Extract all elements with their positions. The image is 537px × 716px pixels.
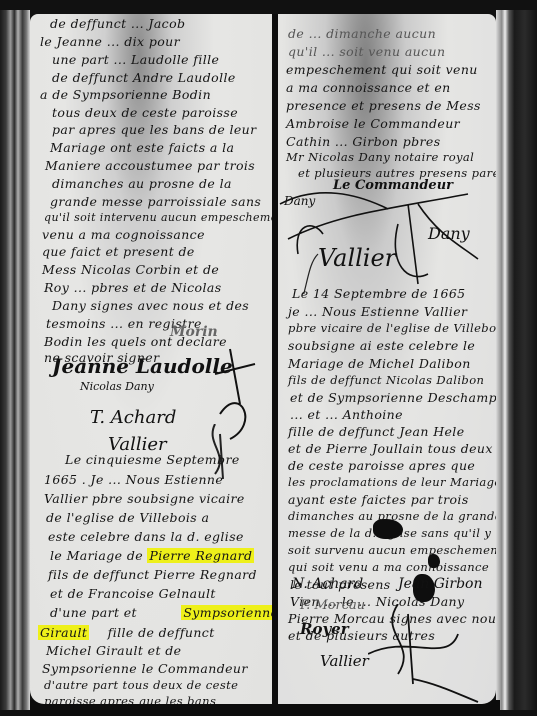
left-page: de deffunct ... Jacob le Jeanne ... dix … — [30, 14, 272, 704]
signature: Morin — [170, 324, 218, 340]
text-line: les proclamations de leur Mariage — [288, 475, 496, 489]
text-line: dimanches au prosne de la — [52, 176, 232, 191]
text-line: Michel Girault et de — [46, 643, 181, 658]
signature: Jean Girbon — [398, 576, 482, 592]
text-line: Mariage de Michel Dalibon — [288, 356, 471, 371]
text-line: et de Francoise Gelnault — [50, 586, 216, 601]
text-line: fille de deffunct Jean Hele — [288, 424, 465, 439]
highlighted-name: Girault — [38, 625, 89, 640]
scanned-register: de deffunct ... Jacob le Jeanne ... dix … — [0, 0, 537, 716]
signature: Nicolas Dany — [80, 380, 154, 393]
text-line: este celebre dans la d. eglise — [48, 529, 244, 544]
text-line: 1665 . Je ... Nous Estienne — [44, 472, 223, 487]
signature: N. Achard — [292, 576, 363, 592]
text-line: et de Sympsorienne Deschamps — [290, 390, 496, 405]
paraph-flourish — [278, 164, 496, 294]
text-line: paroisse apres que les bans — [44, 694, 216, 704]
text-line: et de Pierre Joullain tous deux — [288, 441, 493, 456]
signature: Royer — [300, 620, 349, 638]
text-line: Le 14 Septembre de 1665 — [292, 286, 466, 301]
text-line: Cathin ... Girbon pbres — [286, 134, 441, 149]
book-spine-left — [0, 10, 30, 710]
signature: Vallier — [320, 652, 369, 670]
text-line: par apres que les bans de leur — [52, 122, 257, 137]
text-line: venu a ma cognoissance — [42, 227, 205, 242]
text-line: ... et ... Anthoine — [290, 407, 403, 422]
text-line: Le cinquiesme Septembre — [65, 452, 240, 467]
text-line: de ... dimanche aucun — [288, 26, 436, 41]
highlighted-name: Pierre Regnard — [147, 548, 254, 563]
text-line: une part ... Laudolle fille — [52, 52, 219, 67]
text-line: qui soit venu a ma connoissance — [288, 560, 489, 574]
text-line: Ambroise le Commandeur — [286, 116, 460, 131]
text-line: Mr Nicolas Dany notaire royal — [286, 150, 474, 164]
text-line: je ... Nous Estienne Vallier — [288, 304, 467, 319]
text-line: fils de deffunct Pierre Regnard — [48, 567, 257, 582]
text-line: Dany signes avec nous et des — [52, 298, 249, 313]
text-line: ayant este faictes par trois — [288, 492, 469, 507]
ink-blot — [373, 519, 403, 539]
text-line: a ma connoissance et en — [286, 80, 451, 95]
signature: P. Morcau — [300, 598, 365, 613]
text-line: a de Sympsorienne Bodin — [40, 87, 211, 102]
text-line: Roy ... pbres et de Nicolas — [44, 280, 222, 295]
text-line: que faict et present de — [42, 244, 195, 259]
ink-blot — [428, 554, 440, 568]
text-line: presence et presens de Mess — [286, 98, 481, 113]
text-line: pbre vicaire de l'eglise de Villebois — [288, 321, 496, 335]
text-line: qu'il soit intervenu aucun empeschement — [44, 211, 272, 224]
text-line: grande messe parroissiale sans — [50, 194, 261, 209]
text-line: Mariage ont este faicts a la — [50, 140, 234, 155]
text-line: le Jeanne ... dix pour — [40, 34, 180, 49]
text-line: d'autre part tous deux de ceste — [44, 678, 238, 692]
text-line: qu'il ... soit venu aucun — [288, 44, 445, 59]
right-page: de ... dimanche aucun qu'il ... soit ven… — [278, 14, 496, 704]
text-line: Mess Nicolas Corbin et de — [42, 262, 219, 277]
text-line: d'une part et Sympsorienne — [50, 605, 272, 620]
signature: T. Achard — [90, 407, 176, 428]
text-fragment: d'une part et — [50, 605, 137, 620]
paraph-flourish — [368, 604, 488, 704]
text-line: de deffunct Andre Laudolle — [52, 70, 236, 85]
text-line: Sympsorienne le Commandeur — [42, 661, 248, 676]
text-line: soubsigne ai este celebre le — [288, 338, 475, 353]
text-line: de l'eglise de Villebois a — [46, 510, 209, 525]
text-line: Girault fille de deffunct — [38, 625, 215, 640]
text-line: fils de deffunct Nicolas Dalibon — [288, 373, 484, 387]
text-line: soit survenu aucun empeschement — [288, 543, 496, 557]
text-line: Maniere accoustumee par trois — [45, 158, 255, 173]
book-edge-right — [496, 10, 537, 710]
text-line: de ceste paroisse apres que — [288, 458, 475, 473]
text-line: Vallier pbre soubsigne vicaire — [44, 491, 245, 506]
text-line: tous deux de ceste paroisse — [52, 105, 238, 120]
text-line: le Mariage de Pierre Regnard — [50, 548, 254, 563]
text-fragment: le Mariage de — [50, 548, 143, 563]
text-line: empeschement qui soit venu — [286, 62, 478, 77]
highlighted-name: Sympsorienne — [181, 605, 272, 620]
text-fragment: fille de deffunct — [108, 625, 215, 640]
text-line: de deffunct ... Jacob — [50, 16, 185, 31]
